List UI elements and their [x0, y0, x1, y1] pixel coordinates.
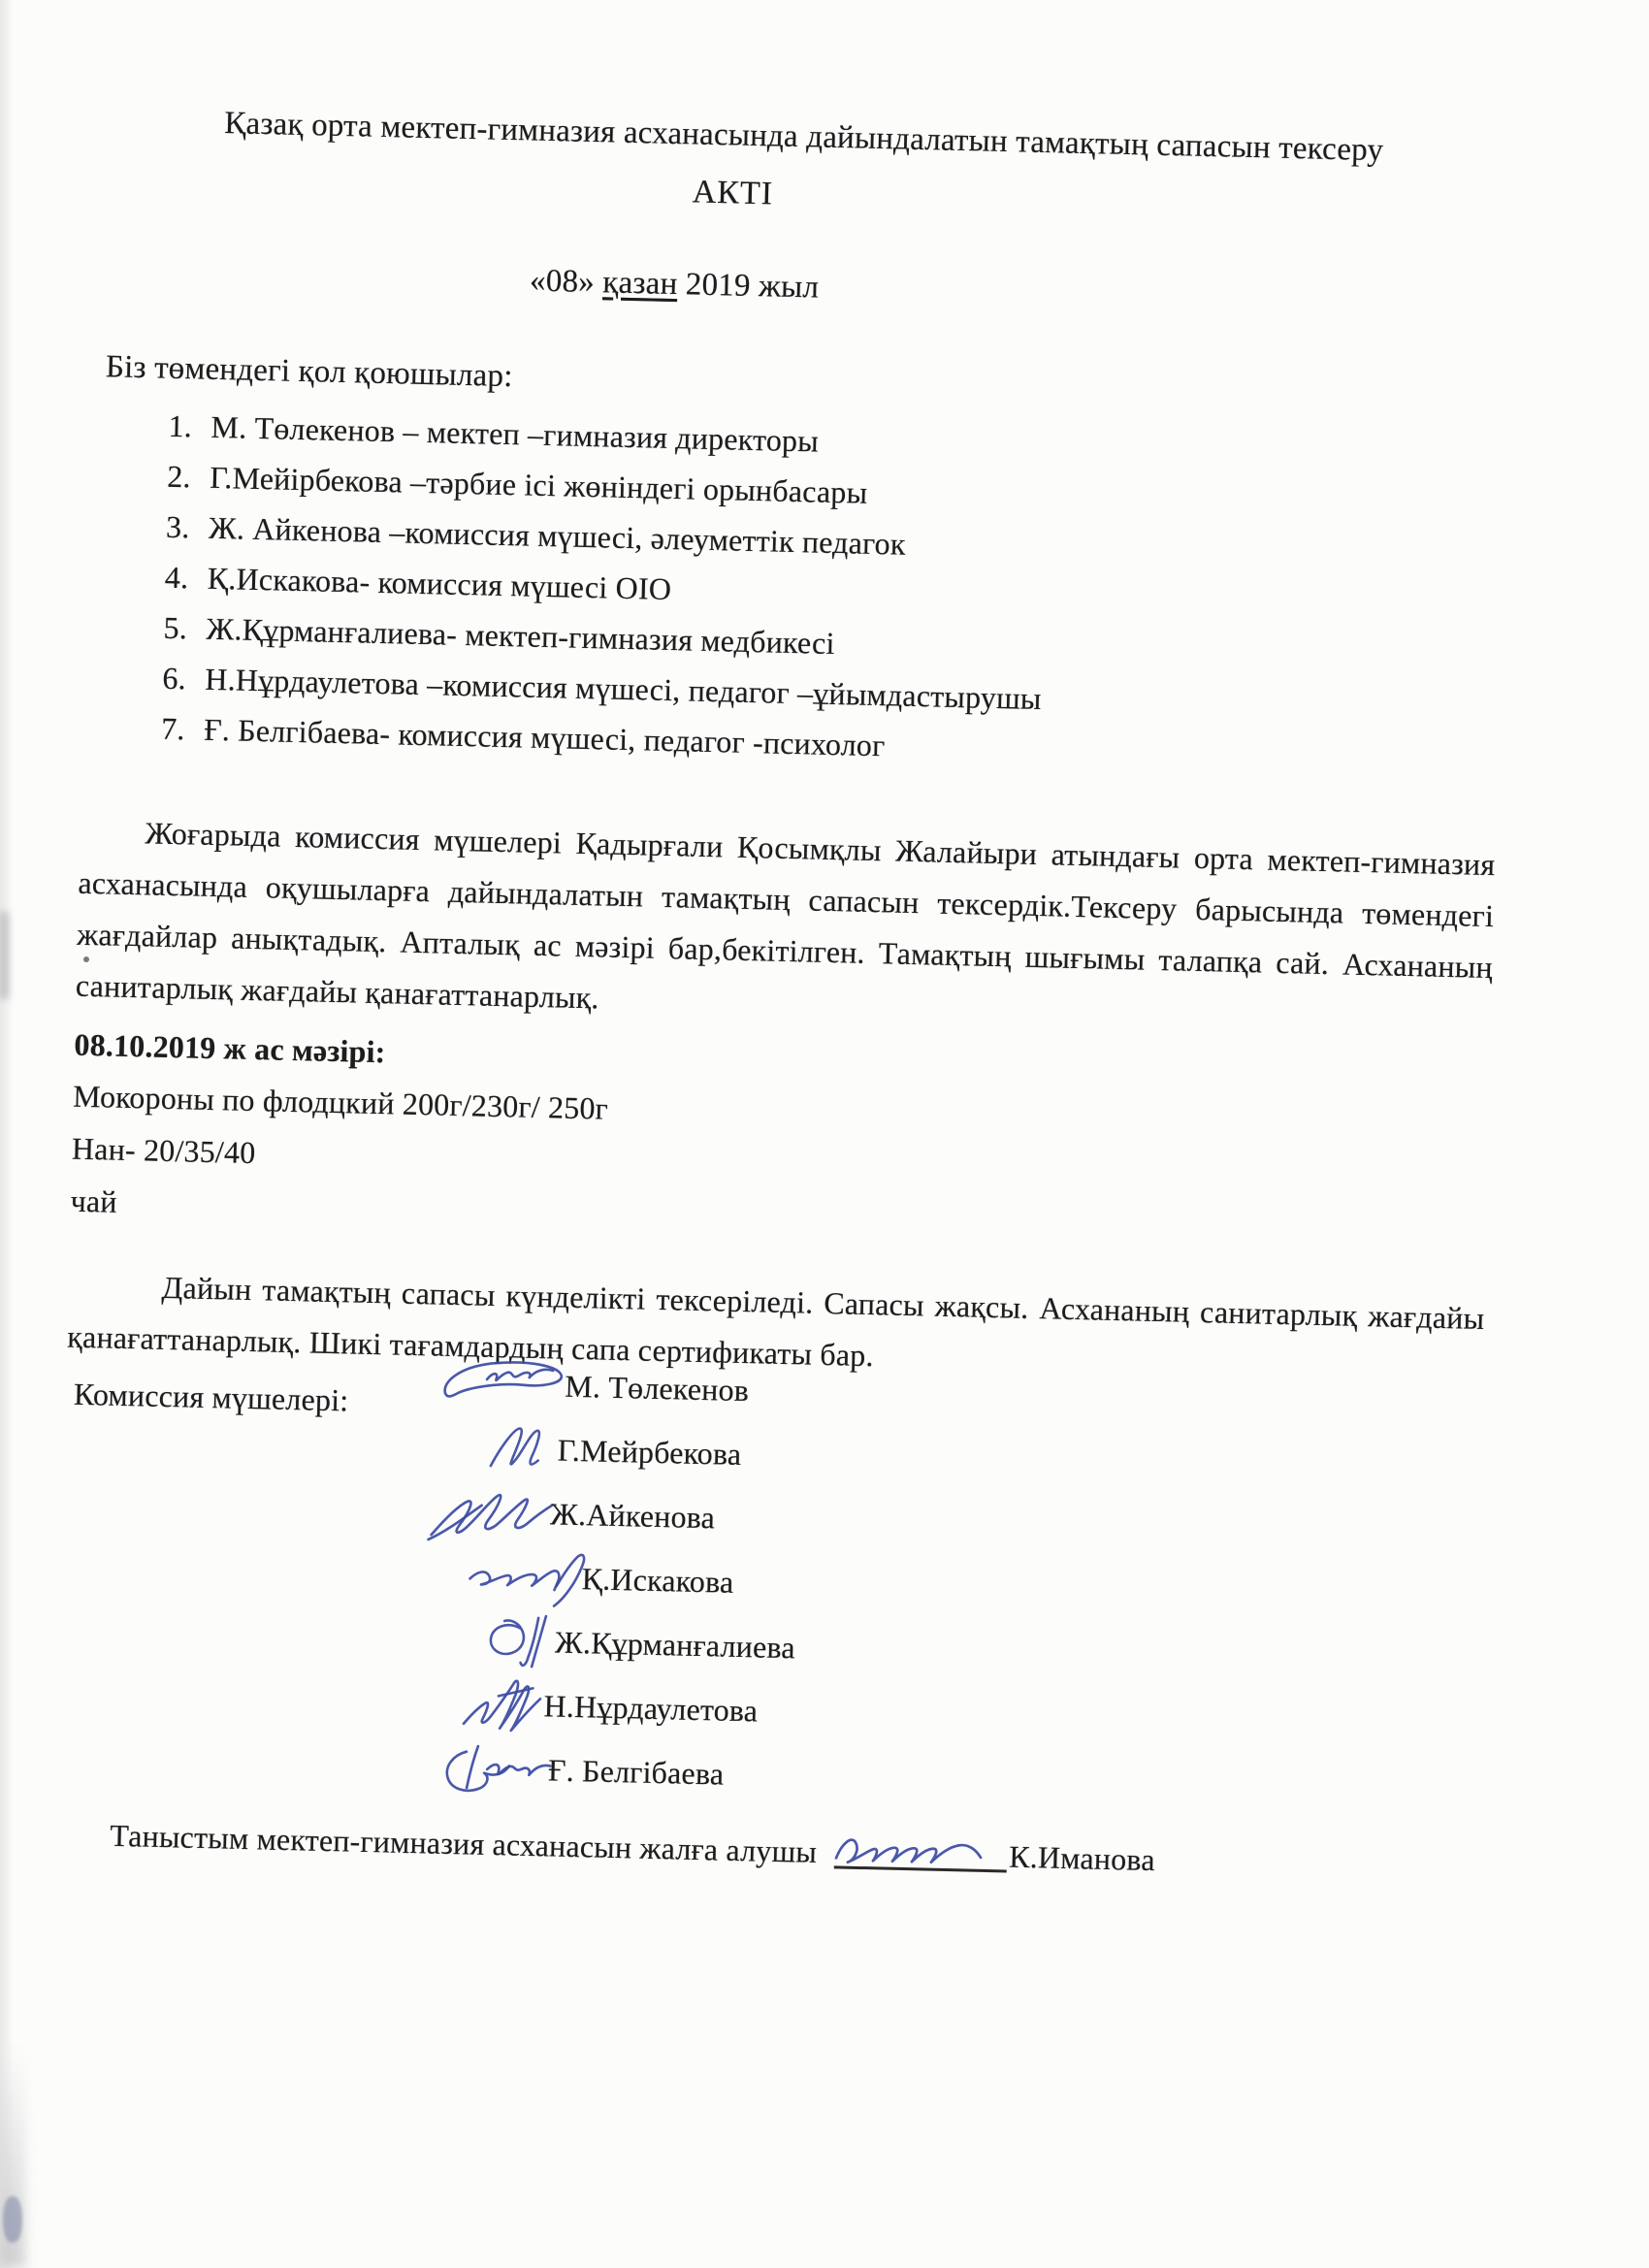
signer-number: 7. [161, 703, 205, 755]
signature-icon [830, 1825, 1002, 1881]
signature-name: Г.Мейрбекова [557, 1433, 741, 1473]
date-day: «08» [530, 263, 596, 300]
signer-number: 5. [163, 602, 207, 654]
document-date: «08» қазан 2019 жыл [0, 250, 1382, 319]
signer-number: 4. [164, 552, 208, 603]
signature-name: М. Төлекенов [565, 1369, 750, 1409]
signature-block: М. Төлекенов Г.Мейрбекова Ж.Айкенова [425, 1351, 1483, 1824]
signer-number: 1. [168, 401, 211, 452]
committee-section: Комиссия мүшелері: М. Төлекенов Г.Мейрбе… [56, 1368, 1482, 1824]
date-year: 2019 жыл [685, 267, 819, 305]
signature-icon [436, 1353, 571, 1416]
signer-text: Ж. Айкенова –комиссия мүшесі, әлеуметтік… [209, 510, 906, 562]
signer-text: Ғ. Белгібаева- комиссия мүшесі, педагог … [204, 712, 886, 763]
signer-text: Ж.Құрманғалиева- мектеп-гимназия медбике… [206, 611, 835, 661]
signers-list: 1.М. Төлекенов – мектеп –гимназия директ… [81, 399, 1505, 785]
scanned-document-page: Қазақ орта мектеп-гимназия асханасында д… [0, 0, 1649, 2268]
scan-artifact [3, 2196, 22, 2243]
signature-icon [479, 1418, 564, 1480]
signature-name: Ғ. Белгібаева [548, 1753, 725, 1793]
committee-label: Комиссия мүшелері: [65, 1368, 435, 1427]
signature-name: Қ.Искакова [581, 1561, 734, 1601]
signer-number: 3. [166, 502, 210, 553]
date-month: қазан [602, 265, 678, 302]
signer-text: Қ.Искакова- комиссия мүшесі ОІО [207, 561, 671, 606]
signature-icon [426, 1480, 557, 1545]
signer-number: 6. [162, 653, 206, 704]
signature-name: Н.Нұрдаулетова [543, 1689, 758, 1730]
signature-icon [436, 1737, 554, 1802]
footer-text: Таныстым мектеп-гимназия асханасын жалға… [110, 1818, 818, 1869]
signer-number: 2. [167, 451, 210, 502]
inspection-paragraph: Жоғарыда комиссия мүшелері Қадырғали Қос… [75, 806, 1496, 1045]
signature-name: Ж.Айкенова [550, 1497, 716, 1537]
signature-icon [456, 1673, 550, 1737]
document-body: Қазақ орта мектеп-гимназия асханасында д… [0, 0, 1649, 1899]
footer-signature-line [834, 1831, 1008, 1872]
signature-icon [478, 1611, 561, 1673]
footer-signer-name: К.Иманова [1009, 1838, 1155, 1877]
signature-name: Ж.Құрманғалиева [555, 1625, 795, 1667]
signer-text: М. Төлекенов – мектеп –гимназия директор… [210, 409, 819, 459]
signature-icon [463, 1546, 588, 1609]
signer-text: Г.Мейірбекова –тәрбие ісі жөніндегі орын… [210, 460, 868, 510]
